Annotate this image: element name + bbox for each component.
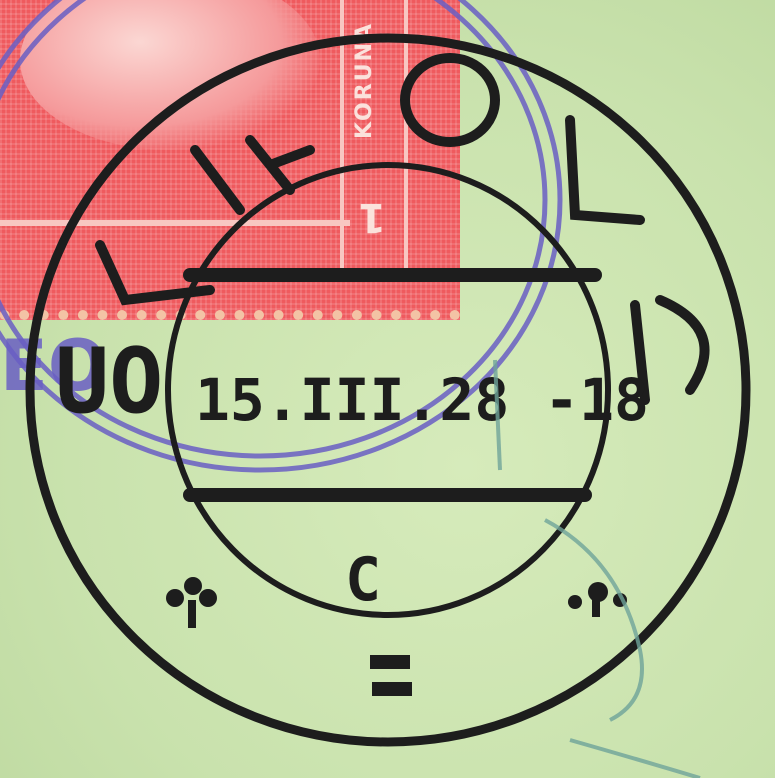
outer-ring-letters: [100, 58, 705, 400]
ring-letter-o: [405, 58, 495, 142]
ring-letter-i: [195, 150, 240, 210]
postmark-date-line: 15.III.28 -18: [195, 366, 649, 434]
postmark-layer: EO UO 15.III.28 -18 C: [0, 0, 775, 778]
postmark-series-letter: C: [345, 545, 381, 615]
star-ornament-bottom: [370, 655, 412, 696]
postmark-left-fragment: UO: [55, 329, 163, 434]
clover-ornament-left: [166, 577, 217, 628]
postmarked-envelope-fragment: KORUNA 1 EO UO 15.III.28 -18 C: [0, 0, 775, 778]
